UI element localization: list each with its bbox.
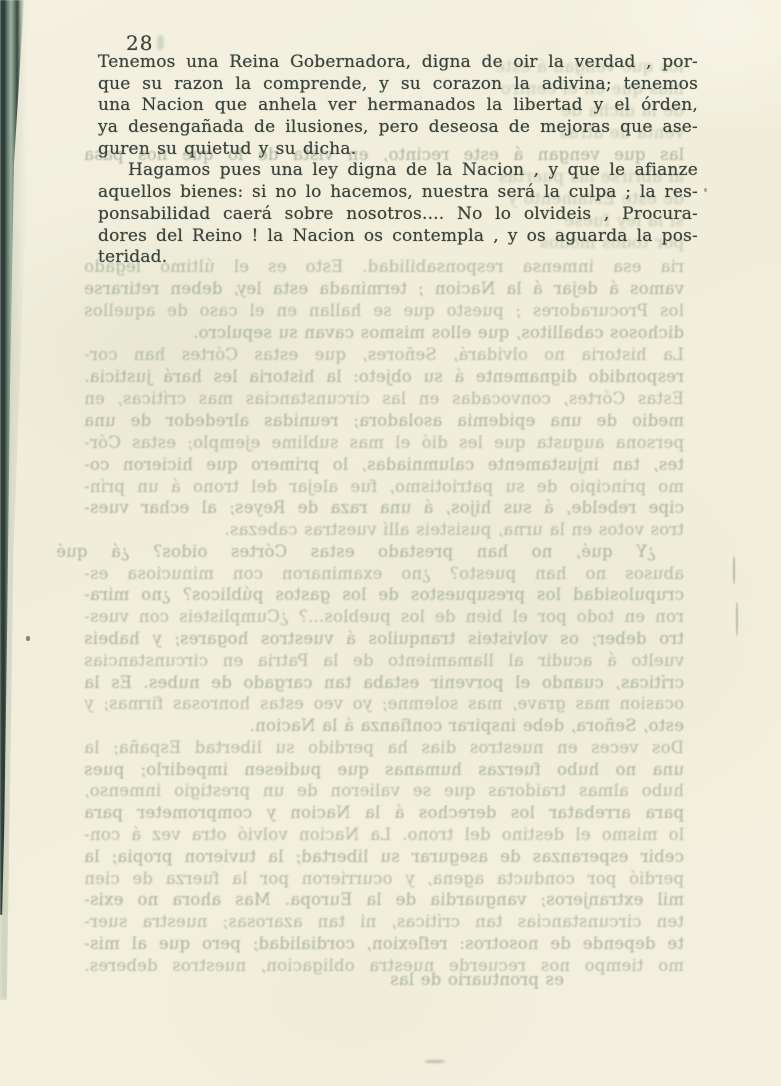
bleedthrough-line: críticas, cuando el porvenir estaba tan … [84,673,684,693]
edge-stroke [733,556,735,584]
bleedthrough-line: tro deber; os volvisteis tranquilos á vu… [84,629,684,649]
book-page-scan: los que vengan á estemas que en el centr… [0,0,781,1086]
bleedthrough-line: hubo almas traidoras que se valieron de … [84,781,684,801]
text-line: Tenemos una Reina Gobernadora, digna de … [98,52,698,74]
bleedthrough-line: vamos á dejar á la Nacion ; terminada es… [84,279,684,299]
bleedthrough-line: tes, tan injustamente calumniadas, lo pr… [84,455,684,475]
bleedthrough-line: ¿Y qué, no han prestado estas Córtes oid… [56,542,684,562]
bleedthrough-line: ocasion mas grave, mas solemne; yo veo e… [84,694,684,714]
bleedthrough-line: perdió por conducta agena, y ocurrieron … [84,869,684,889]
bleedthrough-line: dichosos caballitos, que ellos mismos ca… [84,323,684,343]
bleedthrough-line: vuelto á acudir al llamamiento de la Pat… [84,651,684,671]
bleedthrough-line: te depende de nosotros: reflexion, cordi… [84,934,684,954]
bleedthrough-line: lo mismo el destino del trono. La Nacion… [84,825,684,845]
text-line: Hagamos pues una ley digna de la Nacion … [98,160,698,182]
bleedthrough-line: mil extranjeros; vanguardia de la Europa… [84,890,684,910]
text-line: ya desengañada de ilusiones, pero deseos… [98,117,698,139]
bleedthrough-line: Dos veces en nuestros dias ha perdido su… [84,738,684,758]
bleedthrough-line: mo principio de su patriotismo, fue alej… [84,477,684,497]
bleedthrough-line: crupulosidad los presupuestos de los gas… [84,585,684,605]
text-line: que su razon la comprende, y su corazon … [98,74,698,96]
bleedthrough-line: persona augusta que les dió el mas subli… [84,433,684,453]
bleedthrough-line: medio de una epidemia asoladora; reunida… [84,411,684,431]
ink-speck [704,188,707,192]
text-line: teridad. [98,247,698,269]
ink-speck [26,636,30,641]
bleedthrough-line: ron en todo por el bien de los pueblos..… [84,607,684,627]
bleedthrough-line: cipe rebelde, á sus hijos, á una raza de… [84,498,684,518]
text-line: guren su quietud y su dicha. [98,139,698,161]
bleedthrough-line: ten circunstancias tan críticas, ni tan … [84,912,684,932]
bleedthrough-line: abusos no han puesto? ¿no examinaron con… [84,564,684,584]
text-line: una Nacion que anhela ver hermanados la … [98,95,698,117]
bleedthrough-line: los Procuradores ; puesto que se hallan … [84,301,684,321]
bleedthrough-line: Estas Córtes, convocadas en las circunst… [84,389,684,409]
page-text: Tenemos una Reina Gobernadora, digna de … [98,52,698,269]
edge-stroke [736,602,738,636]
bleedthrough-line: una no hubo fuerzas humanas que pudiesen… [84,760,684,780]
bleedthrough-line: tros votos en la urna, pusisteis allí vu… [84,520,684,540]
text-line: ponsabilidad caerá sobre nosotros.... No… [98,204,698,226]
smudge-after-page-number [157,35,164,50]
text-line: aquellos bienes: si no lo hacemos, nuest… [98,182,698,204]
bleedthrough-line: es prontuario de las [0,970,684,990]
bleedthrough-line: cebir esperanzas de asegurar su libertad… [84,847,684,867]
bleedthrough-line: para arrebatar los derechos á la Nacion … [84,803,684,823]
pencil-dash [425,1060,445,1063]
bleedthrough-line: mo tiempo nos recuerde nuestra obligacio… [84,956,684,976]
bleedthrough-line: esto, Señora, debe inspirar confianza á … [84,716,684,736]
bleedthrough-line: respondido dignamente á su objeto: la hi… [84,367,684,387]
bleedthrough-line: La historia no olvidará, Señores, que es… [84,345,684,365]
text-line: dores del Reino ! la Nacion os contempla… [98,226,698,248]
